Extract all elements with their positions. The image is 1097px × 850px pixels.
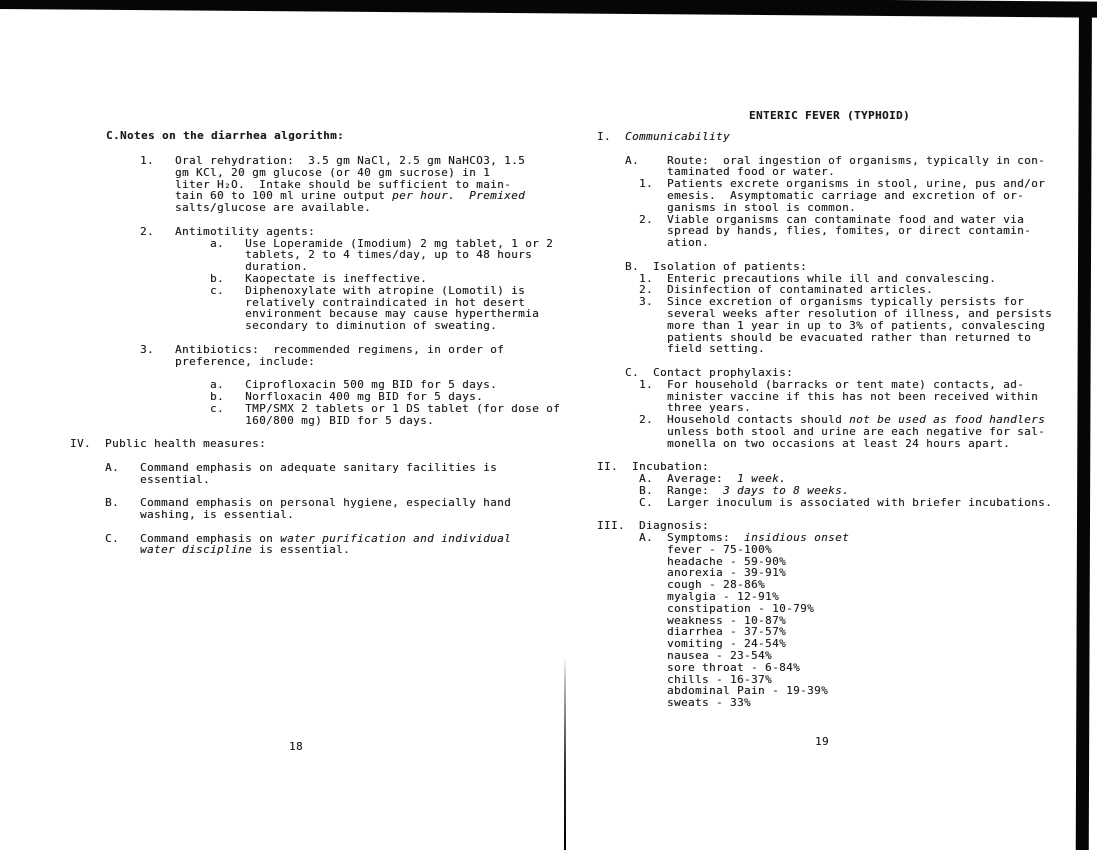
scanned-document: C.Notes on the diarrhea algorithm: 1. Or… [0,0,1097,850]
enteric-fever-title: ENTERIC FEVER (TYPHOID) [749,110,910,122]
scan-edge-right-artifact [1076,2,1092,850]
page-gutter-fold-line [564,656,566,850]
scan-edge-top-artifact [0,0,1097,18]
page-number-19: 19 [815,736,829,748]
page-19-body-text: I. Communicability A. Route: oral ingest… [597,131,1052,709]
diarrhea-algorithm-notes-heading: C.Notes on the diarrhea algorithm: [106,130,344,142]
page-number-18: 18 [289,741,303,753]
page-18-body-text: 1. Oral rehydration: 3.5 gm NaCl, 2.5 gm… [70,155,560,556]
